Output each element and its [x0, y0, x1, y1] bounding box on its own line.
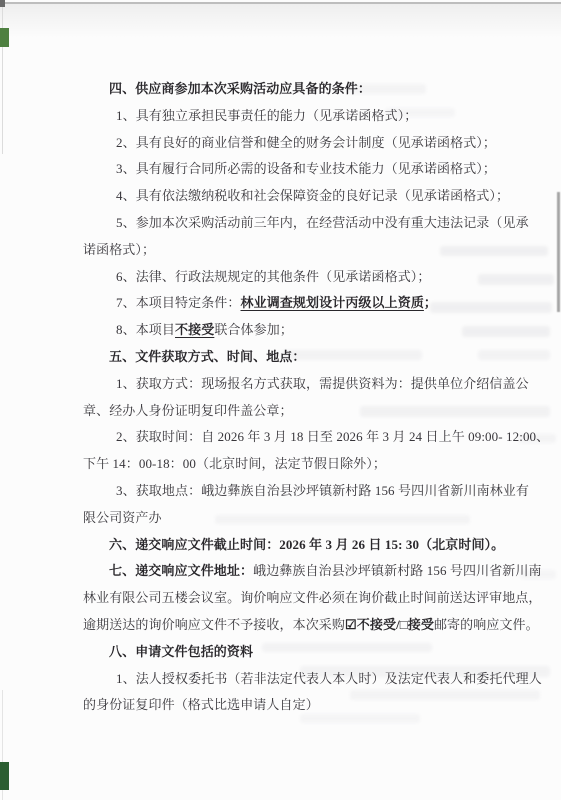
text-run: 四、供应商参加本次采购活动应具备的条件： [109, 81, 371, 96]
text-run: 1、法人授权委托书（若非法定代表人本人时）及法定代表人和委托代理人 [116, 671, 542, 686]
document-line: 3、获取地点：峨边彝族自治县沙坪镇新村路 156 号四川省新川南林业有 [0, 478, 561, 505]
text-run: 邮寄的响应文件。 [434, 617, 539, 632]
text-run: 1、获取方式：现场报名方式获取，需提供资料为：提供单位介绍信盖公 [116, 376, 529, 391]
text-run: 峨边彝族自治县沙坪镇新村路 156 号四川省新川南 [253, 563, 542, 578]
document-line: 五、文件获取方式、时间、地点： [0, 344, 561, 371]
text-run: ； [424, 295, 437, 310]
document-line: 7、本项目特定条件：林业调查规划设计丙级以上资质； [0, 290, 561, 317]
text-run: 逾期送达的询价响应文件不予接收，本次采购 [83, 617, 345, 632]
document-line: 四、供应商参加本次采购活动应具备的条件： [0, 76, 561, 103]
document-line: 5、参加本次采购活动前三年内，在经营活动中没有重大违法记录（见承 [0, 210, 561, 237]
document-line: 逾期送达的询价响应文件不予接收，本次采购☑不接受/□接受邮寄的响应文件。 [0, 612, 561, 639]
text-run: 5、参加本次采购活动前三年内，在经营活动中没有重大违法记录（见承 [116, 215, 529, 230]
document-line: 1、获取方式：现场报名方式获取，需提供资料为：提供单位介绍信盖公 [0, 371, 561, 398]
text-run: 林业有限公司五楼会议室。询价响应文件必须在询价截止时间前送达评审地点， [83, 590, 542, 605]
document-line: 的身份证复印件（格式比选申请人自定） [0, 692, 561, 719]
document-line: 8、本项目不接受联合体参加； [0, 317, 561, 344]
text-run: 联合体参加； [214, 322, 293, 337]
document-line: 1、法人授权委托书（若非法定代表人本人时）及法定代表人和委托代理人 [0, 666, 561, 693]
text-run: 六、递交响应文件截止时间：2026 年 3 月 26 日 15: 30（北京时间… [109, 537, 504, 552]
text-run: 八、申请文件包括的资料 [109, 644, 253, 659]
text-run: 3、具有履行合同所必需的设备和专业技术能力（见承诺函格式）； [116, 161, 496, 176]
text-run: 七、递交响应文件地址： [109, 563, 253, 578]
text-run: 限公司资产办 [83, 510, 162, 525]
text-run: 6、法律、行政法规规定的其他条件（见承诺函格式）； [116, 269, 431, 284]
document-body: 四、供应商参加本次采购活动应具备的条件：1、具有独立承担民事责任的能力（见承诺函… [0, 0, 561, 719]
document-line: 六、递交响应文件截止时间：2026 年 3 月 26 日 15: 30（北京时间… [0, 532, 561, 559]
text-run: 7、本项目特定条件： [116, 295, 241, 310]
document-line: 八、申请文件包括的资料 [0, 639, 561, 666]
text-run: 五、文件获取方式、时间、地点： [109, 349, 306, 364]
text-run: 下午 14：00-18：00（北京时间，法定节假日除外）； [83, 456, 386, 471]
text-run: 3、获取地点：峨边彝族自治县沙坪镇新村路 156 号四川省新川南林业有 [116, 483, 529, 498]
document-line: 4、具有依法缴纳税收和社会保障资金的良好记录（见承诺函格式）； [0, 183, 561, 210]
document-line: 七、递交响应文件地址：峨边彝族自治县沙坪镇新村路 156 号四川省新川南 [0, 558, 561, 585]
document-line: 章、经办人身份证明复印件盖公章； [0, 398, 561, 425]
document-line: 2、具有良好的商业信誉和健全的财务会计制度（见承诺函格式）； [0, 130, 561, 157]
text-run: 章、经办人身份证明复印件盖公章； [83, 403, 293, 418]
text-run: 诺函格式）； [83, 242, 155, 257]
document-line: 2、获取时间：自 2026 年 3 月 18 日至 2026 年 3 月 24 … [0, 424, 561, 451]
text-run: ☑不接受/□接受 [345, 617, 434, 632]
text-run: 2、获取时间：自 2026 年 3 月 18 日至 2026 年 3 月 24 … [116, 429, 549, 444]
scan-green-mark-bottom [0, 762, 9, 790]
document-line: 诺函格式）； [0, 237, 561, 264]
document-line: 1、具有独立承担民事责任的能力（见承诺函格式）； [0, 103, 561, 130]
document-line: 3、具有履行合同所必需的设备和专业技术能力（见承诺函格式）； [0, 156, 561, 183]
document-line: 限公司资产办 [0, 505, 561, 532]
text-run: 8、本项目 [116, 322, 175, 337]
text-run: 1、具有独立承担民事责任的能力（见承诺函格式）； [116, 108, 417, 123]
document-line: 下午 14：00-18：00（北京时间，法定节假日除外）； [0, 451, 561, 478]
scanned-document-page: 四、供应商参加本次采购活动应具备的条件：1、具有独立承担民事责任的能力（见承诺函… [0, 0, 561, 800]
text-run: 林业调查规划设计丙级以上资质 [241, 295, 424, 310]
text-run: 2、具有良好的商业信誉和健全的财务会计制度（见承诺函格式）； [116, 135, 496, 150]
text-run: 不接受 [175, 322, 214, 337]
document-line: 6、法律、行政法规规定的其他条件（见承诺函格式）； [0, 264, 561, 291]
text-run: 4、具有依法缴纳税收和社会保障资金的良好记录（见承诺函格式）； [116, 188, 509, 203]
text-run: 的身份证复印件（格式比选申请人自定） [83, 697, 319, 712]
document-line: 林业有限公司五楼会议室。询价响应文件必须在询价截止时间前送达评审地点， [0, 585, 561, 612]
